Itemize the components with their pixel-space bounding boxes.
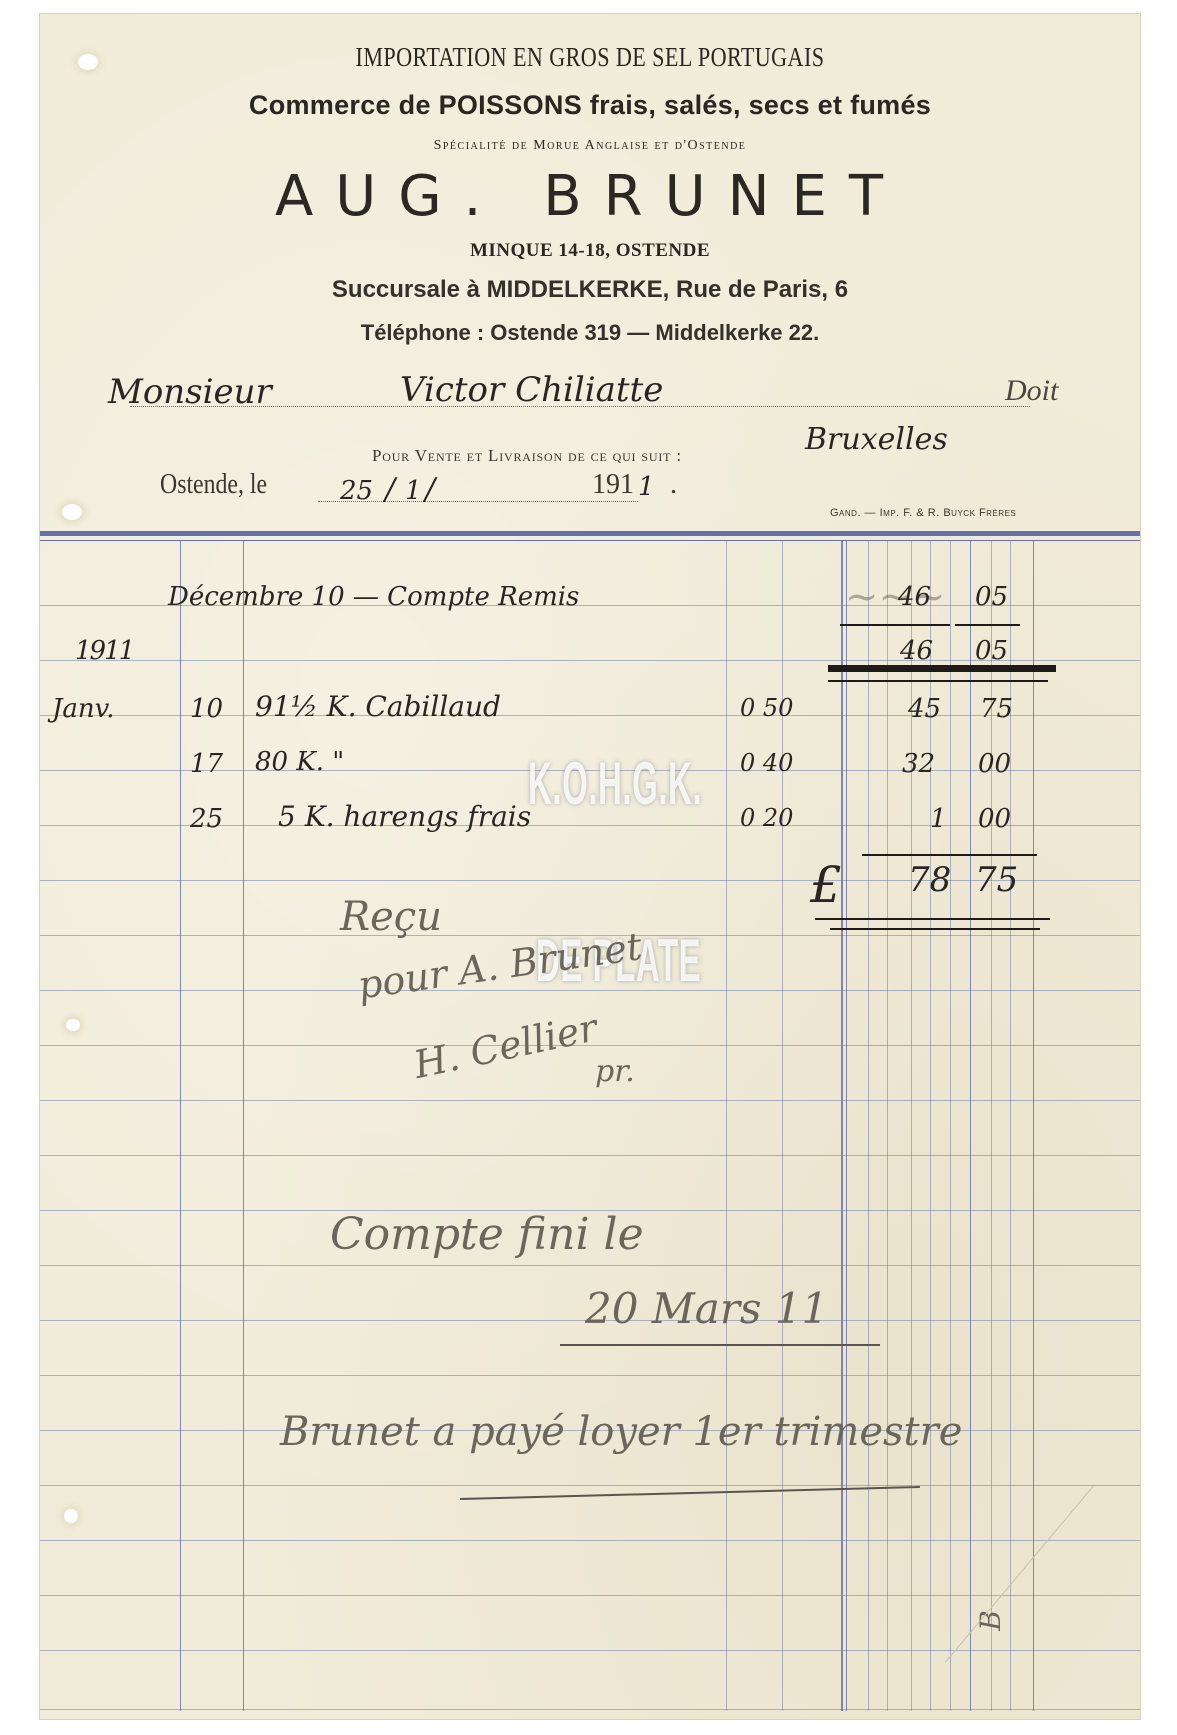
ruled-line xyxy=(40,1155,1140,1156)
subtotal-double-rule xyxy=(828,680,1048,682)
ruled-line xyxy=(40,1485,1140,1486)
ledger-top-rule xyxy=(40,531,1140,536)
closed-date-underline xyxy=(560,1344,880,1346)
column-line-amount-end xyxy=(1033,541,1034,1711)
addressee-salutation: Monsieur xyxy=(108,372,272,412)
column-line-grid xyxy=(950,541,951,1711)
row-description: 80 K. " xyxy=(255,747,344,777)
row-unit-price: 0 40 xyxy=(740,749,793,777)
total-underline xyxy=(815,918,1050,920)
carried-forward-description: Décembre 10 — Compte Remis xyxy=(168,582,579,612)
letterhead-trade-line: Commerce de POISSONS frais, salés, secs … xyxy=(40,90,1140,121)
total-underline xyxy=(830,928,1040,930)
ruled-line xyxy=(40,1540,1140,1541)
punch-hole xyxy=(78,54,98,70)
row-description: 91½ K. Cabillaud xyxy=(255,690,501,723)
ruled-line xyxy=(40,1375,1140,1376)
column-line-grid xyxy=(887,541,888,1711)
date-year-written: 1 xyxy=(638,472,655,502)
column-line-grid xyxy=(868,541,869,1711)
carried-forward-subtotal-francs: 46 xyxy=(900,636,933,666)
row-day: 25 xyxy=(190,804,223,834)
total-francs: 78 xyxy=(908,860,951,900)
column-line-day xyxy=(243,541,244,1711)
ledger-top-rule-thin xyxy=(40,540,1140,541)
row-francs: 1 xyxy=(930,804,947,834)
row-cents: 75 xyxy=(980,694,1013,724)
row-unit-price: 0 20 xyxy=(740,804,793,832)
addressee-name: Victor Chiliatte xyxy=(400,370,663,410)
doit-label: Doit xyxy=(1005,374,1058,408)
date-slash-1: / xyxy=(385,472,395,507)
row-francs: 45 xyxy=(908,694,941,724)
date-prefix: Ostende, le xyxy=(160,469,267,501)
column-line-amount-start-2 xyxy=(846,541,847,1711)
carried-forward-francs: 46 xyxy=(898,582,931,612)
column-line-desc-end xyxy=(726,541,727,1711)
punch-hole xyxy=(62,504,82,520)
addressee-city: Bruxelles xyxy=(805,422,948,457)
punch-hole xyxy=(64,1509,78,1523)
telephone-line: Téléphone : Ostende 319 — Middelkerke 22… xyxy=(40,320,1140,346)
total-currency-symbol: £ xyxy=(810,856,842,914)
watermark-line1: K.O.H.G.K. xyxy=(528,749,702,818)
ruled-line xyxy=(40,1100,1140,1101)
branch-address: Succursale à MIDDELKERKE, Rue de Paris, … xyxy=(40,276,1140,304)
company-name: AUG. BRUNET xyxy=(40,164,1140,229)
date-day: 25 xyxy=(340,476,373,506)
subtotal-double-rule xyxy=(828,665,1056,672)
row-francs: 32 xyxy=(902,749,935,779)
month-label: Janv. xyxy=(52,694,115,724)
row-day: 17 xyxy=(190,749,223,779)
row-day: 10 xyxy=(190,694,223,724)
rent-note: Brunet a payé loyer 1er trimestre xyxy=(280,1409,962,1455)
carried-forward-subtotal-cents: 05 xyxy=(975,636,1008,666)
row-description: 5 K. harengs frais xyxy=(278,800,531,833)
ruled-line xyxy=(40,1709,1140,1710)
rent-note-underline xyxy=(460,1486,920,1500)
received-label: Reçu xyxy=(340,894,442,940)
carried-forward-underline xyxy=(840,624,950,626)
signature: H. Cellier xyxy=(410,1005,601,1087)
year-label: 1911 xyxy=(75,636,133,666)
letterhead-import-line: IMPORTATION EN GROS DE SEL PORTUGAIS xyxy=(139,42,1041,73)
date-slash-2: / xyxy=(425,472,435,507)
row-cents: 00 xyxy=(978,804,1011,834)
date-year-printed: 191 xyxy=(592,469,634,501)
date-suffix: . xyxy=(670,469,677,501)
sale-line: Pour Vente et Livraison de ce qui suit : xyxy=(372,446,682,466)
carried-forward-underline xyxy=(955,624,1020,626)
row-cents: 00 xyxy=(978,749,1011,779)
printer-credit: Gand. — Imp. F. & R. Buyck Frères xyxy=(830,507,1016,519)
column-line-date xyxy=(180,541,181,1711)
ruled-line xyxy=(40,1265,1140,1266)
row-unit-price: 0 50 xyxy=(740,694,793,722)
signature-suffix: pr. xyxy=(595,1054,635,1089)
column-line-amount-start xyxy=(841,541,843,1711)
column-line-cents xyxy=(970,541,971,1711)
total-cents: 75 xyxy=(975,860,1018,900)
company-address: MINQUE 14-18, OSTENDE xyxy=(40,240,1140,262)
account-closed-date: 20 Mars 11 xyxy=(585,1284,828,1333)
corner-fold xyxy=(945,1486,1094,1663)
letterhead-specialty-line: Spécialité de Morue Anglaise et d'Ostend… xyxy=(40,138,1140,154)
total-overline xyxy=(862,854,1037,856)
ruled-line xyxy=(40,1650,1140,1651)
ruled-line xyxy=(40,1595,1140,1596)
account-closed-label: Compte fini le xyxy=(330,1209,644,1260)
carried-forward-cents: 05 xyxy=(975,582,1008,612)
invoice-paper: IMPORTATION EN GROS DE SEL PORTUGAIS Com… xyxy=(40,14,1140,1719)
date-month: 1 xyxy=(405,476,422,506)
punch-hole xyxy=(66,1019,80,1031)
